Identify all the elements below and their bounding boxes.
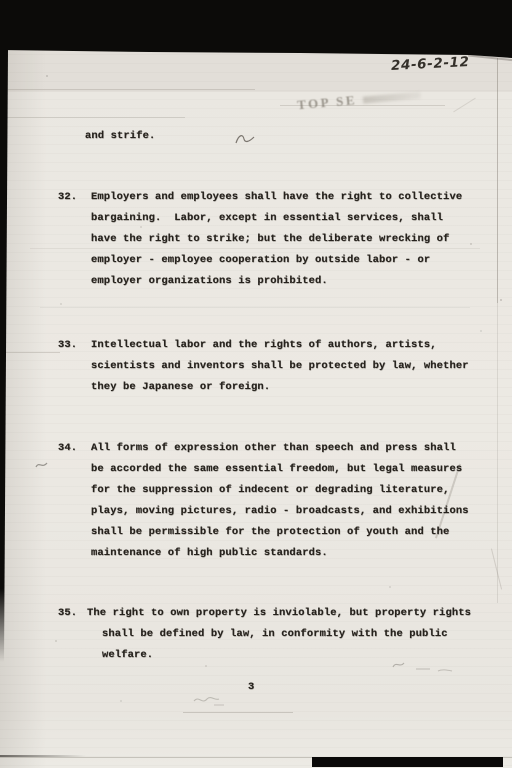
text-line: employer organizations is prohibited. xyxy=(91,271,462,292)
scan-border-bottom-right xyxy=(312,757,503,767)
crease-line xyxy=(8,89,255,90)
scan-border-top xyxy=(0,0,512,60)
paragraph-text: Intellectual labor and the rights of aut… xyxy=(91,335,469,398)
crease-line xyxy=(0,117,185,118)
paper-edge-line xyxy=(497,58,498,303)
text-line: shall be permissible for the protection … xyxy=(91,522,469,543)
text-line: scientists and inventors shall be protec… xyxy=(91,356,469,377)
text-line: Employers and employees shall have the r… xyxy=(91,187,462,208)
text-line: shall be defined by law, in conformity w… xyxy=(87,624,471,645)
crease-line xyxy=(0,352,60,353)
paragraph-number: 32. xyxy=(58,187,77,208)
paragraph-number: 34. xyxy=(58,438,77,459)
text-line: plays, moving pictures, radio - broadcas… xyxy=(91,501,469,522)
paragraph-number: 33. xyxy=(58,335,77,356)
text-line: be accorded the same essential freedom, … xyxy=(91,459,469,480)
paragraph-text: Employers and employees shall have the r… xyxy=(91,187,462,292)
intro-line: and strife. xyxy=(85,126,155,147)
text-line: have the right to strike; but the delibe… xyxy=(91,229,462,250)
text-line: bargaining. Labor, except in essential s… xyxy=(91,208,462,229)
text-line: maintenance of high public standards. xyxy=(91,543,469,564)
scan-edge-bottom-left xyxy=(0,755,86,757)
text-line: Intellectual labor and the rights of aut… xyxy=(91,335,469,356)
paragraph-number: 35. xyxy=(58,603,77,624)
pencil-squiggle-mark xyxy=(234,131,258,147)
pencil-tilde-mark xyxy=(34,459,50,471)
page-number: 3 xyxy=(248,677,254,698)
paper-edge-line xyxy=(497,303,498,603)
crease-line xyxy=(40,307,470,308)
stamp-faded-smear xyxy=(363,91,421,103)
pencil-scribble-mark xyxy=(192,692,236,708)
text-line: The right to own property is inviolable,… xyxy=(87,603,471,624)
text-line: for the suppression of indecent or degra… xyxy=(91,480,469,501)
pencil-scribble-mark xyxy=(388,657,460,677)
scanned-document-page: 24-6-2-12 TOP SE and strife. 32. Employe… xyxy=(0,0,512,768)
text-line: employer - employee cooperation by outsi… xyxy=(91,250,462,271)
paragraph-text: All forms of expression other than speec… xyxy=(91,438,469,564)
crease-line xyxy=(183,712,293,713)
text-line: they be Japanese or foreign. xyxy=(91,377,469,398)
text-line: All forms of expression other than speec… xyxy=(91,438,469,459)
